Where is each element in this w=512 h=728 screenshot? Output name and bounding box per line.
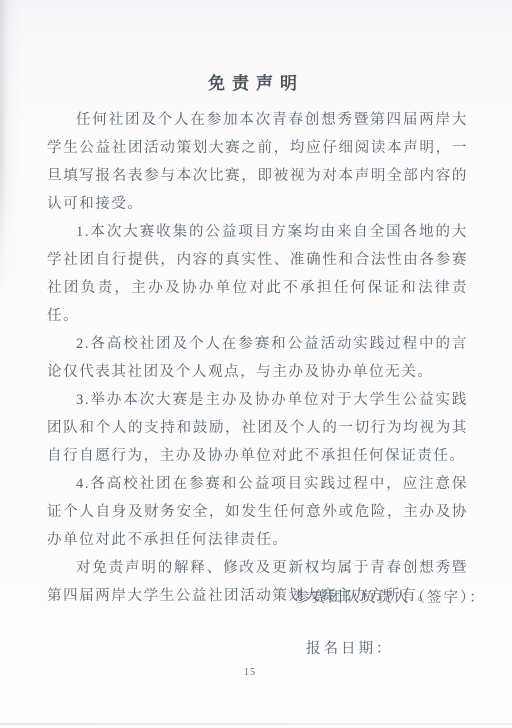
signature-label: 参赛团队负责人（签字）：: [295, 586, 486, 607]
scan-line-bottom-edge: [0, 723, 512, 725]
paragraph-item-4: 4.各高校社团在参赛和公益项目实践过程中，应注意保证个人自身及财务安全，如发生任…: [47, 470, 468, 554]
document-title: 免责声明: [0, 69, 512, 94]
paragraph-item-2: 2.各高校社团及个人在参赛和公益活动实践过程中的言论仅代表其社团及个人观点，与主…: [47, 330, 468, 386]
page-number: 15: [0, 667, 500, 678]
paragraph-item-1: 1.本次大赛收集的公益项目方案均由来自全国各地的大学社团自行提供，内容的真实性、…: [47, 218, 468, 330]
scan-shadow-left-edge: [0, 0, 20, 300]
paragraph-intro: 任何社团及个人在参加本次青春创想秀暨第四届两岸大学生公益社团活动策划大赛之前，均…: [47, 106, 468, 218]
document-body: 任何社团及个人在参加本次青春创想秀暨第四届两岸大学生公益社团活动策划大赛之前，均…: [47, 106, 468, 610]
date-label: 报名日期：: [306, 637, 394, 658]
scanned-document-page: 免责声明 任何社团及个人在参加本次青春创想秀暨第四届两岸大学生公益社团活动策划大…: [0, 0, 512, 728]
paragraph-item-3: 3.举办本次大赛是主办及协办单位对于大学生公益实践团队和个人的支持和鼓励，社团及…: [47, 386, 468, 470]
